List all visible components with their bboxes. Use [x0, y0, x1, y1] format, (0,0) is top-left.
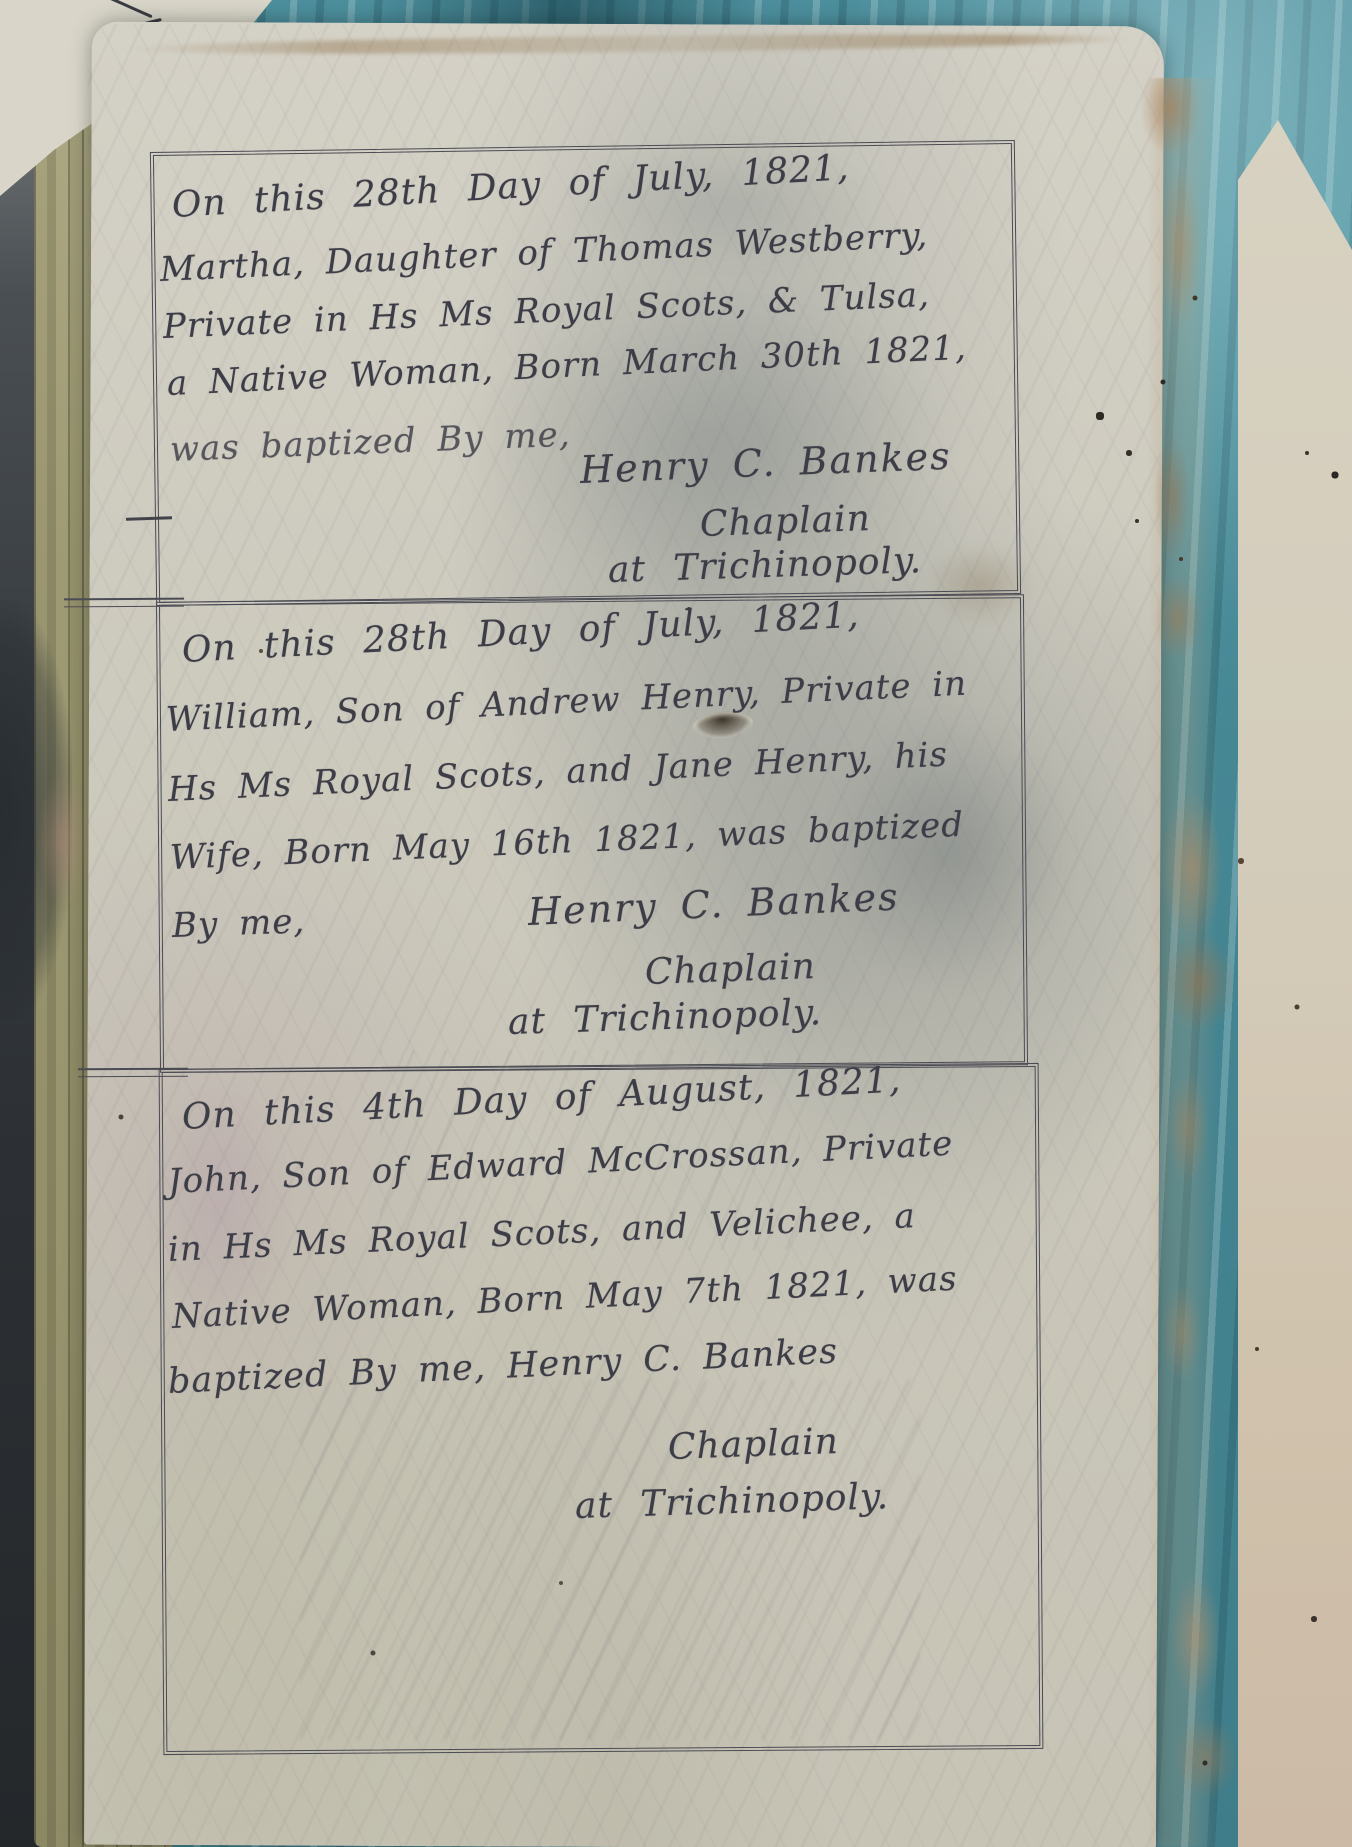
separator-rule-2 — [78, 1068, 188, 1078]
pen-scribble — [109, 0, 152, 18]
entry-2-signature-title: Chaplain — [644, 946, 816, 993]
entry-2-line-5: By me, — [171, 901, 305, 946]
register-photo: On this 28th Day of July, 1821, Martha, … — [0, 0, 1352, 1847]
torn-page-edge — [1122, 78, 1270, 1847]
entry-3-signature-title: Chaplain — [667, 1421, 839, 1468]
separator-rule-1 — [64, 598, 184, 608]
entry-1-signature-title: Chaplain — [699, 498, 871, 545]
ink-specks — [0, 0, 2, 2]
page-edge-stain — [38, 770, 88, 910]
